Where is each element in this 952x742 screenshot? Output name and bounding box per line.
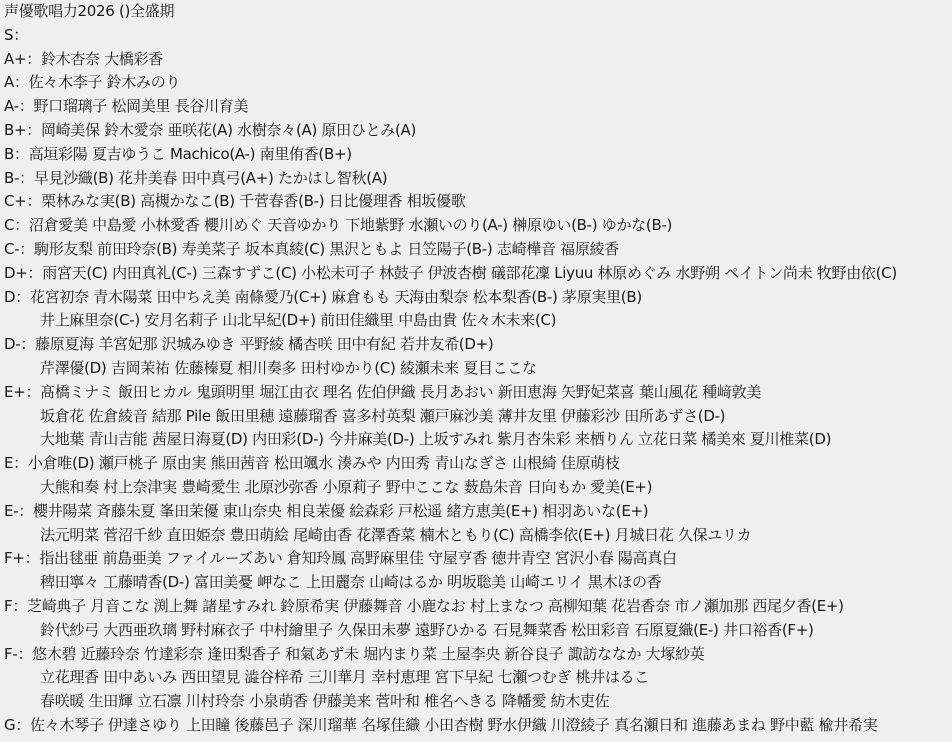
document: 声優歌唱力2026 ()全盛期 S ：A+：鈴木杏奈 大橋彩香A ：佐々木李子 … — [0, 0, 952, 738]
tier-row-continuation: 立花理香 田中あいみ 西田望見 澁谷梓希 三川華月 幸村恵理 宮下早紀 七瀬つむ… — [4, 666, 952, 690]
tier-label: G — [4, 714, 15, 738]
tier-row-continuation: 鈴代紗弓 大西亜玖璃 野村麻衣子 中村繪里子 久保田未夢 遠野ひかる 石見舞菜香… — [4, 619, 952, 643]
tier-row: A-：野口瑠璃子 松岡美里 長谷川育美 — [4, 95, 952, 119]
tier-members: 高垣彩陽 夏吉ゆうこ Machico(A-) 南里侑香(B+) — [29, 145, 352, 163]
tier-row: D ：花宮初奈 青木陽菜 田中ちえ美 南條愛乃(C+) 麻倉もも 天海由梨奈 松… — [4, 286, 952, 310]
tier-row: E ：小倉唯(D) 瀬戸桃子 原由実 熊田茜音 松田颯水 湊みや 内田秀 青山な… — [4, 452, 952, 476]
tier-members: 沼倉愛美 中島愛 小林愛香 櫻川めぐ 天音ゆかり 下地紫野 水瀬いのり(A-) … — [29, 216, 672, 234]
tier-members: 芹澤優(D) 吉岡茉祐 佐藤榛夏 相川奏多 田村ゆかり(C) 綾瀬未来 夏目ここ… — [40, 359, 537, 377]
tier-members: 雨宮天(C) 内田真礼(C-) 三森すずこ(C) 小松未可子 林鼓子 伊波杏樹 … — [42, 264, 897, 282]
tier-row-continuation: 大熊和奏 村上奈津実 豊崎愛生 北原沙弥香 小原莉子 野中ここな 薮島朱音 日向… — [4, 476, 952, 500]
tier-label: D- — [4, 333, 20, 357]
tier-members: 櫻井陽菜 斉藤朱夏 峯田茉優 東山奈央 相良茉優 絵森彩 戸松遥 緒方恵美(E+… — [33, 502, 648, 520]
tier-members: 指出毬亜 前島亜美 ファイルーズあい 倉知玲鳳 高野麻里佳 守屋亨香 徳井青空 … — [39, 549, 676, 567]
tier-row: B ：高垣彩陽 夏吉ゆうこ Machico(A-) 南里侑香(B+) — [4, 143, 952, 167]
tier-list: S ：A+：鈴木杏奈 大橋彩香A ：佐々木李子 鈴木みのりA-：野口瑠璃子 松岡… — [4, 24, 952, 738]
tier-members: 芝崎典子 月音こな 渕上舞 諸星すみれ 鈴原希実 伊藤舞音 小鹿なお 村上まなつ… — [27, 597, 844, 615]
tier-label: B — [4, 143, 14, 167]
tier-members: 佐々木琴子 伊達さゆり 上田瞳 後藤邑子 深川瑠華 名塚佳織 小田杏樹 野水伊織… — [30, 716, 877, 734]
tier-members: 坂倉花 佐倉綾音 結那 Pile 飯田里穂 遠藤瑠香 喜多村英梨 瀬戸麻沙美 薄… — [40, 407, 725, 425]
tier-separator: ： — [20, 333, 35, 357]
tier-separator: ： — [15, 714, 30, 738]
tier-members: 早見沙織(B) 花井美春 田中真弓(A+) たかはし智秋(A) — [34, 169, 388, 187]
tier-row-continuation: 芹澤優(D) 吉岡茉祐 佐藤榛夏 相川奏多 田村ゆかり(C) 綾瀬未来 夏目ここ… — [4, 357, 952, 381]
tier-members: 井上麻里奈(C-) 安月名莉子 山北早紀(D+) 前田佳織里 中島由貴 佐々木未… — [40, 311, 556, 329]
tier-members: 稗田寧々 工藤晴香(D-) 富田美憂 岬なこ 上田麗奈 山崎はるか 明坂聡美 山… — [40, 573, 661, 591]
tier-members: 法元明菜 菅沼千紗 直田姫奈 豊田萌絵 尾崎由香 花澤香菜 楠木ともり(C) 高… — [40, 526, 751, 544]
tier-members: 髙橋ミナミ 飯田ヒカル 鬼頭明里 堀江由衣 理名 佐伯伊織 長月あおい 新田恵海… — [40, 383, 761, 401]
tier-members: 岡崎美保 鈴木愛奈 亜咲花(A) 水樹奈々(A) 原田ひとみ(A) — [41, 121, 416, 139]
tier-separator: ： — [14, 214, 29, 238]
tier-label: D+ — [4, 262, 28, 286]
tier-row: D-：藤原夏海 羊宮妃那 沢城みゆき 平野綾 橘杏咲 田中有紀 若井友希(D+) — [4, 333, 952, 357]
tier-row-continuation: 大地葉 青山吉能 茜屋日海夏(D) 内田彩(D-) 今井麻美(D-) 上坂すみれ… — [4, 428, 952, 452]
tier-separator: ： — [14, 143, 29, 167]
tier-row: F-：悠木碧 近藤玲奈 竹達彩奈 逢田梨香子 和氣あず未 堀内まり菜 土屋李央 … — [4, 643, 952, 667]
tier-members: 春咲暖 生田輝 立石凛 川村玲奈 小泉萌香 伊藤美来 菅叶和 椎名へきる 降幡愛… — [40, 692, 609, 710]
tier-row: S ： — [4, 24, 952, 48]
tier-members: 駒形友梨 前田玲奈(B) 寿美菜子 坂本真綾(C) 黒沢ともよ 日笠陽子(B-)… — [34, 240, 619, 258]
tier-separator: ： — [26, 190, 41, 214]
tier-members: 大熊和奏 村上奈津実 豊崎愛生 北原沙弥香 小原莉子 野中ここな 薮島朱音 日向… — [40, 478, 652, 496]
tier-separator: ： — [19, 167, 34, 191]
tier-separator: ： — [19, 238, 34, 262]
tier-label: A- — [4, 95, 19, 119]
tier-members: 藤原夏海 羊宮妃那 沢城みゆき 平野綾 橘杏咲 田中有紀 若井友希(D+) — [35, 335, 493, 353]
tier-members: 野口瑠璃子 松岡美里 長谷川育美 — [33, 97, 248, 115]
tier-separator: ： — [26, 48, 41, 72]
tier-members: 鈴木杏奈 大橋彩香 — [41, 50, 163, 68]
tier-label: F — [4, 595, 12, 619]
tier-row: E+：髙橋ミナミ 飯田ヒカル 鬼頭明里 堀江由衣 理名 佐伯伊織 長月あおい 新… — [4, 381, 952, 405]
tier-members: 小倉唯(D) 瀬戸桃子 原由実 熊田茜音 松田颯水 湊みや 内田秀 青山なぎさ … — [28, 454, 620, 472]
tier-row: F ：芝崎典子 月音こな 渕上舞 諸星すみれ 鈴原希実 伊藤舞音 小鹿なお 村上… — [4, 595, 952, 619]
tier-separator: ： — [25, 381, 40, 405]
tier-separator: ： — [12, 595, 27, 619]
tier-members: 悠木碧 近藤玲奈 竹達彩奈 逢田梨香子 和氣あず未 堀内まり菜 土屋李央 新谷良… — [32, 645, 704, 663]
tier-label: F+ — [4, 547, 25, 571]
tier-label: A — [4, 71, 14, 95]
tier-row: C ：沼倉愛美 中島愛 小林愛香 櫻川めぐ 天音ゆかり 下地紫野 水瀬いのり(A… — [4, 214, 952, 238]
tier-separator: ： — [17, 643, 32, 667]
tier-label: E- — [4, 500, 18, 524]
tier-separator: ： — [13, 24, 28, 48]
tier-separator: ： — [19, 95, 34, 119]
tier-label: C- — [4, 238, 19, 262]
tier-label: D — [4, 286, 15, 310]
tier-label: C+ — [4, 190, 26, 214]
tier-separator: ： — [18, 500, 33, 524]
tier-members: 立花理香 田中あいみ 西田望見 澁谷梓希 三川華月 幸村恵理 宮下早紀 七瀬つむ… — [40, 668, 649, 686]
tier-members: 大地葉 青山吉能 茜屋日海夏(D) 内田彩(D-) 今井麻美(D-) 上坂すみれ… — [40, 430, 831, 448]
tier-row: E-：櫻井陽菜 斉藤朱夏 峯田茉優 東山奈央 相良茉優 絵森彩 戸松遥 緒方恵美… — [4, 500, 952, 524]
tier-separator: ： — [14, 71, 29, 95]
tier-row: C+：栗林みな実(B) 高槻かなこ(B) 千菅春香(B-) 日比優理香 相坂優歌 — [4, 190, 952, 214]
tier-row: A ：佐々木李子 鈴木みのり — [4, 71, 952, 95]
tier-members: 花宮初奈 青木陽菜 田中ちえ美 南條愛乃(C+) 麻倉もも 天海由梨奈 松本梨香… — [30, 288, 642, 306]
tier-row: B+：岡崎美保 鈴木愛奈 亜咲花(A) 水樹奈々(A) 原田ひとみ(A) — [4, 119, 952, 143]
tier-label: B- — [4, 167, 19, 191]
tier-row: A+：鈴木杏奈 大橋彩香 — [4, 48, 952, 72]
page-title: 声優歌唱力2026 ()全盛期 — [4, 0, 952, 24]
tier-label: A+ — [4, 48, 26, 72]
tier-separator: ： — [25, 547, 40, 571]
tier-members: 栗林みな実(B) 高槻かなこ(B) 千菅春香(B-) 日比優理香 相坂優歌 — [41, 192, 465, 210]
tier-row: F+：指出毬亜 前島亜美 ファイルーズあい 倉知玲鳳 高野麻里佳 守屋亨香 徳井… — [4, 547, 952, 571]
tier-members: 佐々木李子 鈴木みのり — [29, 73, 180, 91]
tier-row-continuation: 春咲暖 生田輝 立石凛 川村玲奈 小泉萌香 伊藤美来 菅叶和 椎名へきる 降幡愛… — [4, 690, 952, 714]
tier-members: 鈴代紗弓 大西亜玖璃 野村麻衣子 中村繪里子 久保田未夢 遠野ひかる 石見舞菜香… — [40, 621, 814, 639]
tier-row-continuation: 法元明菜 菅沼千紗 直田姫奈 豊田萌絵 尾崎由香 花澤香菜 楠木ともり(C) 高… — [4, 524, 952, 548]
tier-row-continuation: 井上麻里奈(C-) 安月名莉子 山北早紀(D+) 前田佳織里 中島由貴 佐々木未… — [4, 309, 952, 333]
tier-label: C — [4, 214, 14, 238]
tier-separator: ： — [15, 286, 30, 310]
tier-row: C-：駒形友梨 前田玲奈(B) 寿美菜子 坂本真綾(C) 黒沢ともよ 日笠陽子(… — [4, 238, 952, 262]
tier-separator: ： — [13, 452, 28, 476]
tier-label: E+ — [4, 381, 25, 405]
tier-row-continuation: 稗田寧々 工藤晴香(D-) 富田美憂 岬なこ 上田麗奈 山崎はるか 明坂聡美 山… — [4, 571, 952, 595]
tier-label: B+ — [4, 119, 26, 143]
tier-separator: ： — [28, 262, 43, 286]
tier-label: S — [4, 24, 13, 48]
tier-separator: ： — [26, 119, 41, 143]
tier-row: D+：雨宮天(C) 内田真礼(C-) 三森すずこ(C) 小松未可子 林鼓子 伊波… — [4, 262, 952, 286]
tier-row: B-：早見沙織(B) 花井美春 田中真弓(A+) たかはし智秋(A) — [4, 167, 952, 191]
tier-label: F- — [4, 643, 17, 667]
tier-row: G ：佐々木琴子 伊達さゆり 上田瞳 後藤邑子 深川瑠華 名塚佳織 小田杏樹 野… — [4, 714, 952, 738]
tier-label: E — [4, 452, 13, 476]
tier-row-continuation: 坂倉花 佐倉綾音 結那 Pile 飯田里穂 遠藤瑠香 喜多村英梨 瀬戸麻沙美 薄… — [4, 405, 952, 429]
